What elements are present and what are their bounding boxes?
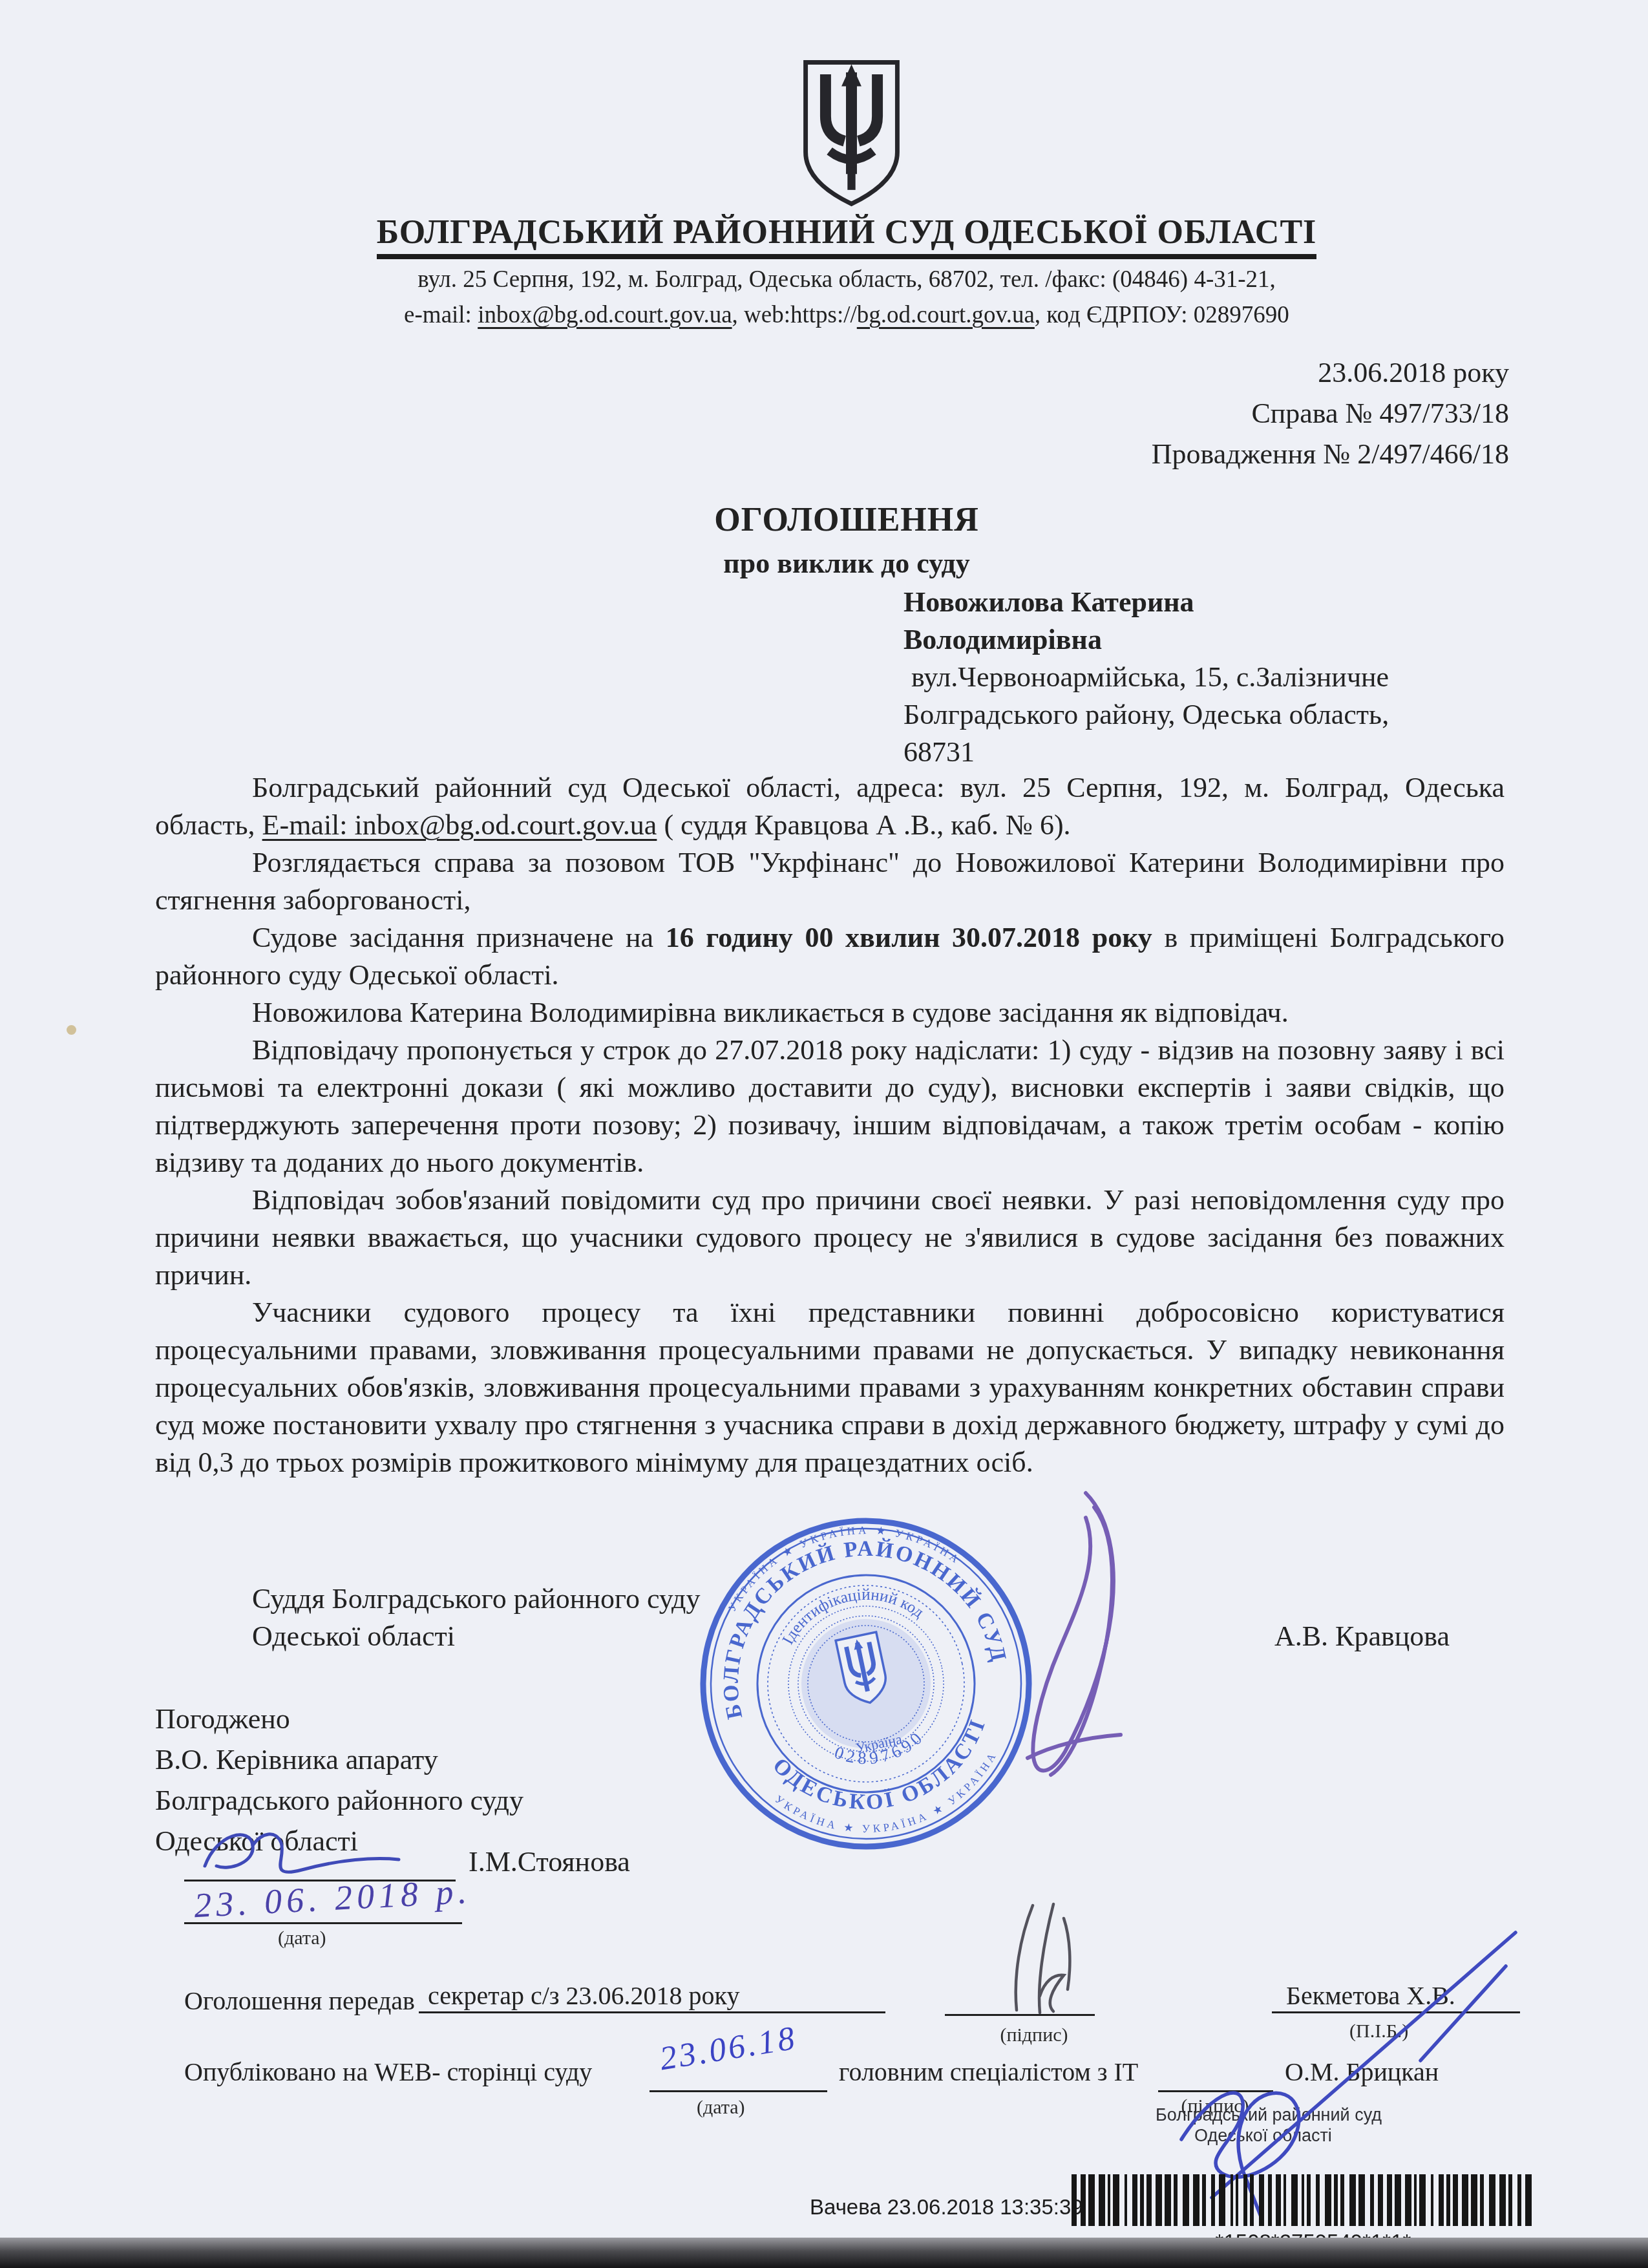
contact-mid: , web:https:// xyxy=(732,302,857,328)
p3-text: Судове засідання призначене на xyxy=(252,922,666,953)
judge-title-line2: Одеської області xyxy=(252,1620,455,1653)
scanned-court-document: БОЛГРАДСЬКИЙ РАЙОННИЙ СУД ОДЕСЬКОЇ ОБЛАС… xyxy=(0,0,1648,2268)
body-text: Болградський районний суд Одеської облас… xyxy=(155,769,1505,1481)
recipient-name-line1: Новожилова Катерина xyxy=(903,584,1389,621)
approval-position-line1: В.О. Керівника апарату xyxy=(155,1739,523,1780)
approval-position-line2: Болградського районного суду xyxy=(155,1780,523,1821)
paragraph-procedural-duties: Учасники судового процесу та їхні предст… xyxy=(155,1294,1505,1481)
judge-name: А.В. Кравцова xyxy=(1274,1620,1450,1653)
document-title-block: ОГОЛОШЕННЯ про виклик до суду xyxy=(132,501,1561,580)
court-round-stamp: УКРАЇНА ★ УКРАЇНА ★ УКРАЇНА УКРАЇНА ★ УК… xyxy=(692,1509,1041,1858)
date-line-approval xyxy=(184,1922,462,1924)
proceeding-number: Провадження № 2/497/466/18 xyxy=(905,434,1509,474)
recipient-street: вул.Червоноармійська, 15, с.Залізничне xyxy=(903,659,1389,696)
publication-handwritten-date: 23.06.18 xyxy=(657,2019,800,2079)
publication-date-label: (дата) xyxy=(697,2097,745,2119)
recipient-postcode: 68731 xyxy=(903,734,1389,771)
court-address-line: вул. 25 Серпня, 192, м. Болград, Одеська… xyxy=(132,264,1561,295)
publication-middle-text: головним спеціалістом з ІТ xyxy=(839,2057,1138,2087)
recipient-district: Болградського району, Одеська область, xyxy=(903,696,1389,734)
p1-email-underlined: E-mail: inbox@bg.od.court.gov.ua xyxy=(262,809,657,841)
paper-speck xyxy=(67,1025,76,1035)
document-title: ОГОЛОШЕННЯ xyxy=(132,501,1561,539)
court-email-link: inbox@bg.od.court.gov.ua xyxy=(478,302,732,328)
publication-prefix: Опубліковано на WEB- сторінці суду xyxy=(184,2057,592,2087)
approval-date-label: (дата) xyxy=(278,1927,326,1949)
court-name: БОЛГРАДСЬКИЙ РАЙОННИЙ СУД ОДЕСЬКОЇ ОБЛАС… xyxy=(377,213,1317,259)
approval-agreed-label: Погоджено xyxy=(155,1699,523,1739)
court-web-link: bg.od.court.gov.ua xyxy=(857,302,1035,328)
paragraph-court-info: Болградський районний суд Одеської облас… xyxy=(155,769,1505,844)
transfer-signature-label: (підпис) xyxy=(982,2024,1086,2046)
ukraine-trident-emblem-icon xyxy=(792,52,911,217)
judge-signature xyxy=(989,1480,1157,1790)
contact-suffix: , код ЄДРПОУ: 02897690 xyxy=(1035,302,1289,328)
barcode-operator-text: Вачева 23.06.2018 13:35:39 xyxy=(810,2195,1083,2220)
court-contact-line: e-mail: inbox@bg.od.court.gov.ua, web:ht… xyxy=(132,300,1561,330)
letterhead: БОЛГРАДСЬКИЙ РАЙОННИЙ СУД ОДЕСЬКОЇ ОБЛАС… xyxy=(132,213,1561,330)
paragraph-hearing-date: Судове засідання призначене на 16 годину… xyxy=(155,919,1505,994)
paragraph-response-deadline: Відповідачу пропонується у строк до 27.0… xyxy=(155,1032,1505,1182)
barcode xyxy=(1072,2174,1555,2226)
case-info-block: 23.06.2018 року Справа № 497/733/18 Пров… xyxy=(905,352,1509,474)
transfer-prefix: Оголошення передав xyxy=(184,1986,415,2016)
paragraph-absence-notice: Відповідач зобов'язаний повідомити суд п… xyxy=(155,1182,1505,1294)
date-line-publication xyxy=(650,2090,827,2092)
paragraph-case-subject: Розглядається справа за позовом ТОВ "Укр… xyxy=(155,844,1505,919)
paragraph-summons: Новожилова Катерина Володимирівна виклик… xyxy=(155,994,1505,1032)
p3-hearing-datetime-bold: 16 годину 00 хвилин 30.07.2018 року xyxy=(666,922,1152,953)
recipient-block: Новожилова Катерина Володимирівна вул.Че… xyxy=(903,584,1389,771)
transfer-underlined-text: секретар с/з 23.06.2018 року xyxy=(419,1980,885,2013)
contact-prefix: e-mail: xyxy=(404,302,478,328)
document-date: 23.06.2018 року xyxy=(905,352,1509,393)
p1-tail: ( суддя Кравцова А .В., каб. № 6). xyxy=(657,809,1070,841)
document-subtitle: про виклик до суду xyxy=(132,547,1561,580)
court-address-text: вул. 25 Серпня, 192, м. Болград, Одеська… xyxy=(417,266,1276,293)
scan-edge-shadow xyxy=(0,2238,1648,2268)
judge-title-line1: Суддя Болградського районного суду xyxy=(252,1582,700,1615)
secretary-signature xyxy=(955,1899,1104,2019)
case-number: Справа № 497/733/18 xyxy=(905,393,1509,434)
chief-of-staff-name: І.М.Стоянова xyxy=(469,1845,630,1878)
recipient-name-line2: Володимирівна xyxy=(903,621,1389,659)
